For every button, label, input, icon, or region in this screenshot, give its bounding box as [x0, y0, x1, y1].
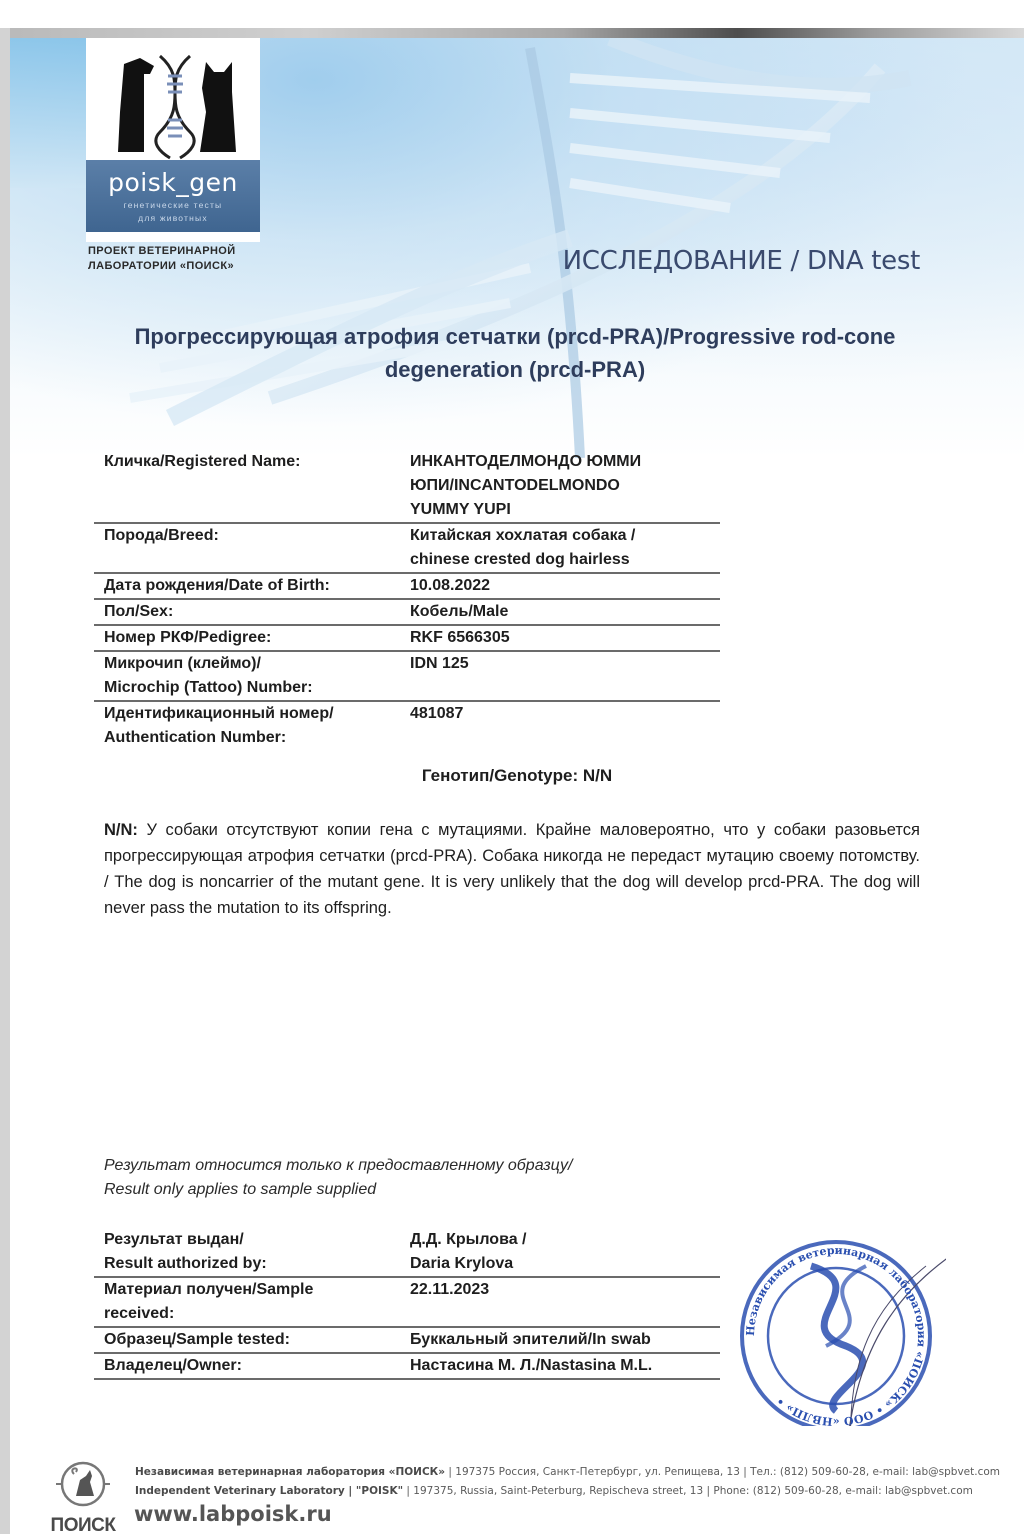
info-value: IDN 125	[410, 651, 720, 701]
project-caption: ПРОЕКТ ВЕТЕРИНАРНОЙ ЛАБОРАТОРИИ «ПОИСК»	[88, 244, 236, 274]
footer-contacts: Независимая ветеринарная лаборатория «ПО…	[135, 1463, 1000, 1501]
info-label: Номер РКФ/Pedigree:	[94, 625, 410, 651]
info-label: Владелец/Owner:	[94, 1353, 410, 1379]
test-title: Прогрессирующая атрофия сетчатки (prcd-P…	[100, 320, 930, 386]
info-row: Дата рождения/Date of Birth:10.08.2022	[94, 573, 720, 599]
info-value: 22.11.2023	[410, 1277, 720, 1327]
info-row: Образец/Sample tested:Буккальный эпители…	[94, 1327, 720, 1353]
interpretation-text: У собаки отсутствуют копии гена с мутаци…	[104, 821, 920, 917]
info-label: Дата рождения/Date of Birth:	[94, 573, 410, 599]
logo-brand-band: poisk_gen генетические тесты для животны…	[86, 160, 260, 232]
info-row: Владелец/Owner:Настасина М. Л./Nastasina…	[94, 1353, 720, 1379]
animal-info-table: Кличка/Registered Name:ИНКАНТОДЕЛМОНДО Ю…	[94, 450, 720, 750]
brand-subtitle-1: генетические тесты	[86, 200, 260, 210]
info-label: Порода/Breed:	[94, 523, 410, 573]
footer-poisk-logo: ПОИСК	[44, 1458, 122, 1534]
info-label: Кличка/Registered Name:	[94, 450, 410, 523]
info-row: Пол/Sex:Кобель/Male	[94, 599, 720, 625]
sample-disclaimer: Результат относится только к предоставле…	[104, 1154, 572, 1202]
document-type-heading: ИССЛЕДОВАНИЕ / DNA test	[563, 246, 920, 276]
info-value: RKF 6566305	[410, 625, 720, 651]
brand-name: poisk_gen	[86, 168, 260, 197]
info-value: Китайская хохлатая собака /chinese crest…	[410, 523, 720, 573]
info-row: Микрочип (клеймо)/Microchip (Tattoo) Num…	[94, 651, 720, 701]
info-label: Результат выдан/Result authorized by:	[94, 1228, 410, 1277]
genotype-result: Генотип/Genotype: N/N	[10, 766, 1024, 786]
info-value: Д.Д. Крылова /Daria Krylova	[410, 1228, 720, 1277]
info-row: Порода/Breed:Китайская хохлатая собака /…	[94, 523, 720, 573]
info-label: Пол/Sex:	[94, 599, 410, 625]
genotype-interpretation: N/N: У собаки отсутствуют копии гена с м…	[104, 817, 920, 921]
info-label: Материал получен/Samplereceived:	[94, 1277, 410, 1327]
info-label: Идентификационный номер/Authentication N…	[94, 701, 410, 750]
result-info-table: Результат выдан/Result authorized by:Д.Д…	[94, 1228, 720, 1380]
left-frame-strip	[0, 28, 10, 1534]
info-row: Материал получен/Samplereceived:22.11.20…	[94, 1277, 720, 1327]
info-row: Идентификационный номер/Authentication N…	[94, 701, 720, 750]
footer-website-link[interactable]: www.labpoisk.ru	[134, 1502, 332, 1526]
info-label: Микрочип (клеймо)/Microchip (Tattoo) Num…	[94, 651, 410, 701]
info-label: Образец/Sample tested:	[94, 1327, 410, 1353]
info-value: Буккальный эпителий/In swab	[410, 1327, 720, 1353]
info-value: ИНКАНТОДЕЛМОНДО ЮММИЮПИ/INCANTODELMONDOY…	[410, 450, 720, 523]
info-value: Кобель/Male	[410, 599, 720, 625]
top-frame-bar	[0, 28, 1024, 38]
footer-logo-word: ПОИСК	[44, 1515, 122, 1534]
brand-subtitle-2: для животных	[86, 213, 260, 223]
interpretation-prefix: N/N:	[104, 821, 138, 839]
certificate-page: poisk_gen генетические тесты для животны…	[10, 38, 1024, 1534]
info-value: 10.08.2022	[410, 573, 720, 599]
dog-cat-dna-logo-icon	[110, 52, 240, 162]
info-value: 481087	[410, 701, 720, 750]
dna-stamp-icon: Независимая ветеринарная лаборатория «ПО…	[726, 1226, 946, 1426]
info-value: Настасина М. Л./Nastasina M.L.	[410, 1353, 720, 1379]
info-row: Результат выдан/Result authorized by:Д.Д…	[94, 1228, 720, 1277]
info-row: Кличка/Registered Name:ИНКАНТОДЕЛМОНДО Ю…	[94, 450, 720, 523]
cat-logo-icon	[54, 1458, 112, 1508]
info-row: Номер РКФ/Pedigree:RKF 6566305	[94, 625, 720, 651]
